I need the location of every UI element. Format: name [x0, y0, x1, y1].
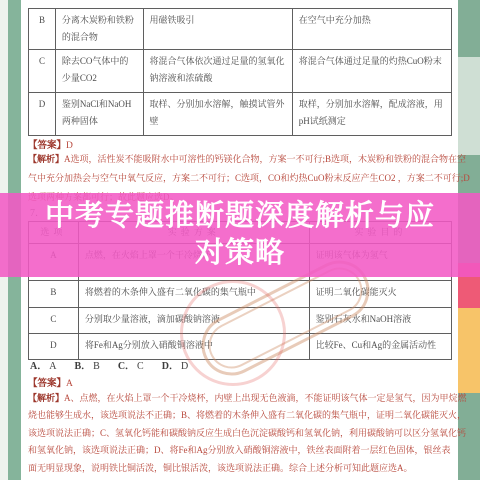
option-c-label: C． [118, 361, 135, 372]
q7-analysis-line-5: 面无明显现象，说明铁比铜活泼，铜比银活泼，该选项说法正确。综合上述分析可知此题应… [28, 460, 467, 477]
option-a-label: A． [30, 361, 47, 372]
article-page: B 分离木炭粉和铁粉的混合物 用磁铁吸引 在空气中充分加热 C 除去CO气体中的… [0, 0, 480, 480]
option-b-value: B [93, 361, 100, 372]
option-a-value: A [49, 361, 56, 372]
q6-row-d-purpose: 鉴别NaCl和NaOH两种固体 [56, 93, 144, 135]
title-banner: 中考专题推断题深度解析与应 对策略 [0, 193, 480, 277]
q6-row-b-plan1: 用磁铁吸引 [144, 9, 293, 49]
q7-row-c-letter: C [29, 308, 79, 333]
option-c-value: C [137, 361, 144, 372]
q6-row-c-plan1: 将混合气体依次通过足量的氢氧化钠溶液和浓硫酸 [144, 50, 293, 92]
q7-row-c-plan: 分别取少量溶液，滴加碳酸钠溶液 [79, 308, 310, 333]
q6-analysis-line-2: 气中充分加热会与空气中氧气反应，方案二不可行；C选项，CO和灼热CuO粉末反应产… [28, 169, 470, 188]
q7-answer-line: 【答案】A [28, 375, 73, 389]
q7-analysis-line-4: 和氢氧化钠，该选项说法正确；D、将Fe和Ag分别放入硝酸铜溶液中，铁丝表面附着一… [28, 442, 467, 459]
q7-row-d-plan: 将Fe和Ag分别放入硝酸铜溶液中 [79, 334, 310, 359]
q6-row-d-letter: D [29, 93, 56, 135]
q7-row-b-purpose: 证明二氧化碳能灭火 [310, 281, 451, 307]
q7-row-d-purpose: 比较Fe、Cu和Ag的金属活动性 [310, 334, 451, 359]
q7-analysis-line-1: 【解析】A、点燃，在火焰上罩一个干冷烧杯，内壁上出现无色液滴，不能证明该气体一定… [28, 390, 467, 407]
q7-analysis: 【解析】A、点燃，在火焰上罩一个干冷烧杯，内壁上出现无色液滴，不能证明该气体一定… [28, 390, 467, 477]
q6-row-d-plan2: 取样，分别加水溶解，配成溶液，用pH试纸测定 [293, 93, 451, 135]
table-row: D 鉴别NaCl和NaOH两种固体 取样、分别加水溶解，触摸试管外壁 取样，分别… [29, 93, 451, 135]
q7-options-row: A．A B．B C．C D．D [30, 357, 188, 372]
analysis-label: 【解析】 [28, 393, 64, 403]
banner-title-line-2: 对策略 [195, 235, 285, 272]
option-b: B．B [74, 357, 99, 372]
q6-table: B 分离木炭粉和铁粉的混合物 用磁铁吸引 在空气中充分加热 C 除去CO气体中的… [28, 8, 452, 136]
q6-row-c-plan2: 将混合气体通过足量的灼热CuO粉末 [293, 50, 451, 92]
table-row: B 将燃着的木条伸入盛有二氧化碳的集气瓶中 证明二氧化碳能灭火 [29, 281, 451, 308]
banner-title-line-1: 中考专题推断题深度解析与应 [45, 198, 435, 235]
q7-row-c-purpose: 鉴别石灰水和NaOH溶液 [310, 308, 451, 333]
q6-analysis-line-1: 【解析】A选项，活性炭不能吸附水中可溶性的钙镁化合物，方案一不可行;B选项，木炭… [28, 150, 470, 169]
right-strip-green-top [458, 0, 480, 57]
answer-label: 【答案】 [28, 379, 66, 389]
q6-row-d-plan1: 取样、分别加水溶解，触摸试管外壁 [144, 93, 293, 135]
q7-analysis-text-1: A、点燃，在火焰上罩一个干冷烧杯，内壁上出现无色液滴，不能证明该气体一定是氢气，… [64, 393, 467, 403]
table-row: C 除去CO气体中的少量CO2 将混合气体依次通过足量的氢氧化钠溶液和浓硫酸 将… [29, 50, 451, 93]
q7-analysis-line-2: 烧也能够生成水，该选项说法不正确；B、将燃着的木条伸入盛有二氧化碳的集气瓶中，证… [28, 407, 467, 424]
table-row: C 分别取少量溶液，滴加碳酸钠溶液 鉴别石灰水和NaOH溶液 [29, 308, 451, 334]
table-row: D 将Fe和Ag分别放入硝酸铜溶液中 比较Fe、Cu和Ag的金属活动性 [29, 334, 451, 359]
q6-analysis-text-1: A选项，活性炭不能吸附水中可溶性的钙镁化合物，方案一不可行;B选项，木炭粉和铁粉… [64, 154, 466, 164]
option-c: C．C [118, 357, 144, 372]
table-row: B 分离木炭粉和铁粉的混合物 用磁铁吸引 在空气中充分加热 [29, 9, 451, 50]
q6-row-c-purpose: 除去CO气体中的少量CO2 [56, 50, 144, 92]
right-strip-sage [458, 57, 480, 155]
right-strip-yellow [458, 308, 480, 393]
option-b-label: B． [74, 361, 91, 372]
option-a: A．A [30, 357, 56, 372]
option-d: D．D [162, 357, 188, 372]
option-d-label: D． [162, 361, 179, 372]
q6-row-b-plan2: 在空气中充分加热 [293, 9, 451, 49]
q6-row-b-purpose: 分离木炭粉和铁粉的混合物 [56, 9, 144, 49]
q7-row-b-letter: B [29, 281, 79, 307]
q7-row-d-letter: D [29, 334, 79, 359]
analysis-label: 【解析】 [28, 154, 64, 164]
q6-row-b-letter: B [29, 9, 56, 49]
q7-row-b-plan: 将燃着的木条伸入盛有二氧化碳的集气瓶中 [79, 281, 310, 307]
option-d-value: D [181, 361, 188, 372]
q7-analysis-line-3: 该选项说法正确；C、氢氧化钙能和碳酸钠反应生成白色沉淀碳酸钙和氢氧化钠，利用碳酸… [28, 425, 467, 442]
q6-answer-line: 【答案】D [28, 137, 73, 151]
q7-answer-value: A [66, 379, 73, 389]
q6-row-c-letter: C [29, 50, 56, 92]
